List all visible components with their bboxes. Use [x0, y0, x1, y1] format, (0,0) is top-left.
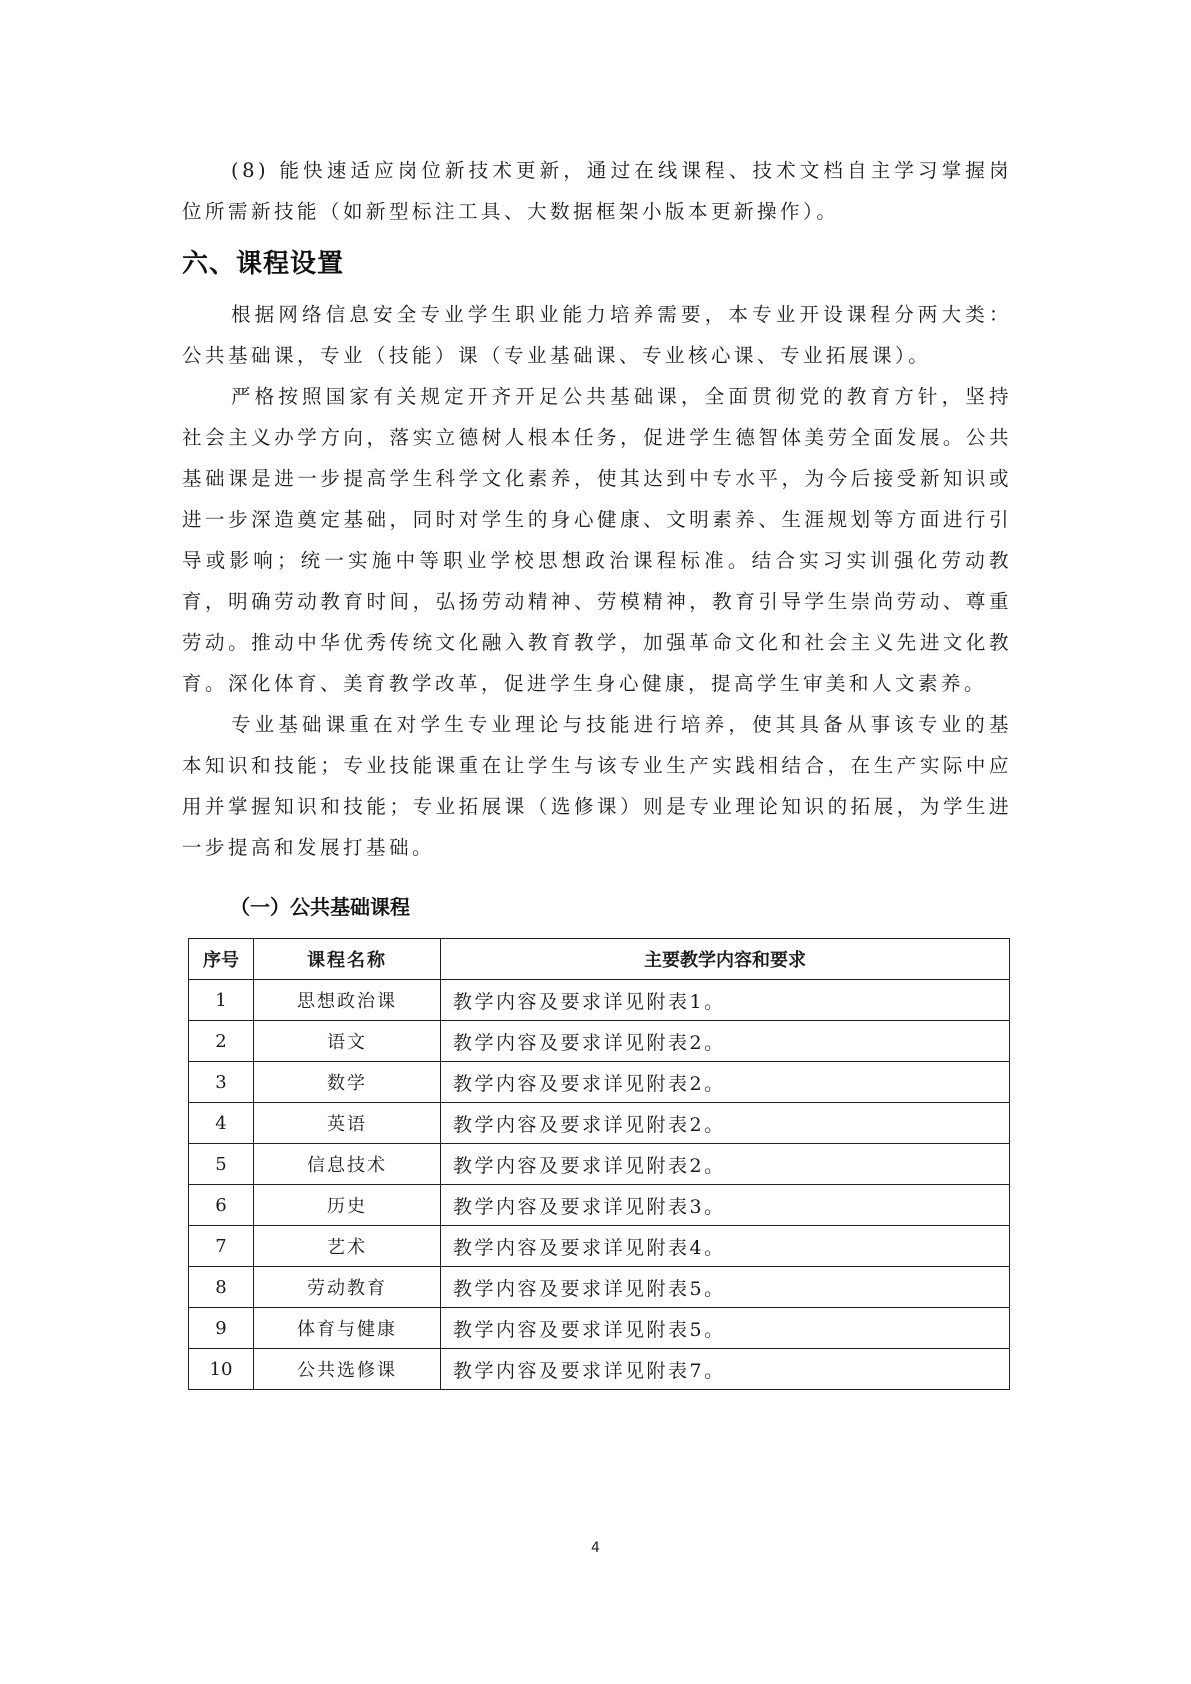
cell-number: 5 — [189, 1144, 254, 1185]
table-row: 1 思想政治课 教学内容及要求详见附表1。 — [189, 980, 1010, 1021]
table-header-row: 序号 课程名称 主要教学内容和要求 — [189, 939, 1010, 980]
cell-number: 2 — [189, 1021, 254, 1062]
page-content: (8) 能快速适应岗位新技术更新，通过在线课程、技术文档自主学习掌握岗位所需新技… — [182, 150, 1012, 1390]
cell-course-name: 公共选修课 — [254, 1349, 441, 1390]
cell-number: 1 — [189, 980, 254, 1021]
paragraph-course-categories: 根据网络信息安全专业学生职业能力培养需要，本专业开设课程分两大类：公共基础课，专… — [182, 294, 1012, 376]
cell-course-name: 语文 — [254, 1021, 441, 1062]
cell-content: 教学内容及要求详见附表5。 — [441, 1267, 1010, 1308]
cell-course-name: 体育与健康 — [254, 1308, 441, 1349]
cell-content: 教学内容及要求详见附表3。 — [441, 1185, 1010, 1226]
cell-number: 8 — [189, 1267, 254, 1308]
cell-course-name: 艺术 — [254, 1226, 441, 1267]
page-number: 4 — [0, 1540, 1191, 1556]
cell-content: 教学内容及要求详见附表2。 — [441, 1103, 1010, 1144]
header-number: 序号 — [189, 939, 254, 980]
table-row: 3 数学 教学内容及要求详见附表2。 — [189, 1062, 1010, 1103]
public-courses-table: 序号 课程名称 主要教学内容和要求 1 思想政治课 教学内容及要求详见附表1。 … — [188, 938, 1010, 1390]
cell-number: 6 — [189, 1185, 254, 1226]
cell-content: 教学内容及要求详见附表2。 — [441, 1021, 1010, 1062]
table-row: 10 公共选修课 教学内容及要求详见附表7。 — [189, 1349, 1010, 1390]
cell-content: 教学内容及要求详见附表1。 — [441, 980, 1010, 1021]
subsection-title: （一）公共基础课程 — [230, 890, 1012, 924]
cell-course-name: 信息技术 — [254, 1144, 441, 1185]
cell-content: 教学内容及要求详见附表7。 — [441, 1349, 1010, 1390]
cell-number: 3 — [189, 1062, 254, 1103]
cell-course-name: 历史 — [254, 1185, 441, 1226]
header-course-name: 课程名称 — [254, 939, 441, 980]
cell-content: 教学内容及要求详见附表2。 — [441, 1144, 1010, 1185]
table-row: 6 历史 教学内容及要求详见附表3。 — [189, 1185, 1010, 1226]
document-page: (8) 能快速适应岗位新技术更新，通过在线课程、技术文档自主学习掌握岗位所需新技… — [0, 0, 1191, 1684]
cell-content: 教学内容及要求详见附表2。 — [441, 1062, 1010, 1103]
paragraph-professional-courses: 专业基础课重在对学生专业理论与技能进行培养，使其具备从事该专业的基本知识和技能；… — [182, 704, 1012, 868]
table-row: 8 劳动教育 教学内容及要求详见附表5。 — [189, 1267, 1010, 1308]
table-row: 4 英语 教学内容及要求详见附表2。 — [189, 1103, 1010, 1144]
table-row: 5 信息技术 教学内容及要求详见附表2。 — [189, 1144, 1010, 1185]
cell-course-name: 数学 — [254, 1062, 441, 1103]
cell-number: 10 — [189, 1349, 254, 1390]
cell-course-name: 英语 — [254, 1103, 441, 1144]
table-row: 7 艺术 教学内容及要求详见附表4。 — [189, 1226, 1010, 1267]
section-title: 六、课程设置 — [182, 244, 1012, 284]
header-content: 主要教学内容和要求 — [441, 939, 1010, 980]
table-row: 2 语文 教学内容及要求详见附表2。 — [189, 1021, 1010, 1062]
cell-content: 教学内容及要求详见附表4。 — [441, 1226, 1010, 1267]
cell-content: 教学内容及要求详见附表5。 — [441, 1308, 1010, 1349]
cell-number: 9 — [189, 1308, 254, 1349]
cell-number: 7 — [189, 1226, 254, 1267]
cell-course-name: 劳动教育 — [254, 1267, 441, 1308]
table-row: 9 体育与健康 教学内容及要求详见附表5。 — [189, 1308, 1010, 1349]
paragraph-skill-8: (8) 能快速适应岗位新技术更新，通过在线课程、技术文档自主学习掌握岗位所需新技… — [182, 150, 1012, 232]
paragraph-public-basic-courses: 严格按照国家有关规定开齐开足公共基础课，全面贯彻党的教育方针，坚持社会主义办学方… — [182, 376, 1012, 704]
cell-number: 4 — [189, 1103, 254, 1144]
cell-course-name: 思想政治课 — [254, 980, 441, 1021]
